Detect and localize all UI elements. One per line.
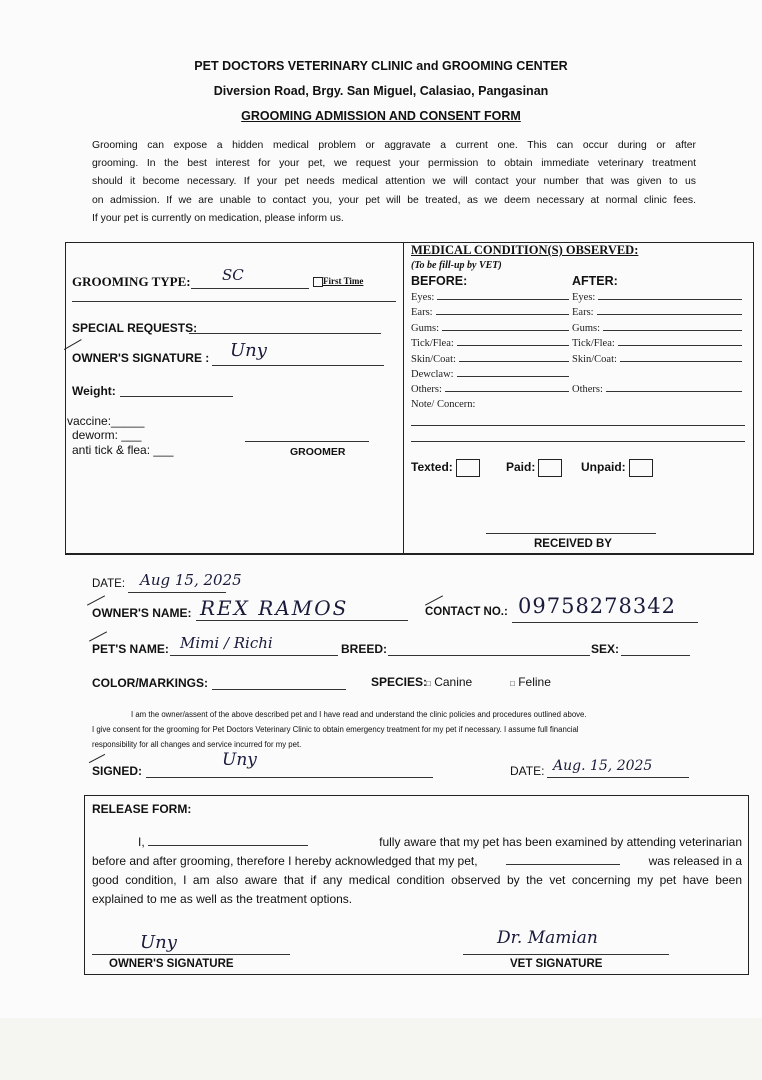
consent-date-line bbox=[547, 777, 689, 778]
contact-input[interactable]: 09758278342 bbox=[518, 594, 676, 618]
checkmark-icon bbox=[425, 595, 443, 605]
before-field-label: Tick/Flea: bbox=[411, 338, 454, 349]
before-field-label: Gums: bbox=[411, 323, 439, 334]
after-field-label: Others: bbox=[572, 384, 603, 395]
texted-checkbox[interactable] bbox=[456, 459, 480, 477]
after-field-label: Ears: bbox=[572, 307, 594, 318]
before-field-input[interactable] bbox=[457, 338, 569, 346]
consent-line: I give consent for the grooming for Pet … bbox=[92, 722, 702, 737]
release-owner-signature-label: OWNER'S SIGNATURE bbox=[109, 958, 234, 970]
before-field-input[interactable] bbox=[457, 369, 569, 377]
deworm-label: deworm: bbox=[72, 428, 118, 442]
unpaid-label: Unpaid: bbox=[581, 460, 626, 474]
anti-tick-label: anti tick & flea: bbox=[72, 443, 150, 457]
species-canine-option[interactable]: □ Canine bbox=[426, 675, 472, 689]
release-line-2-post: was released in a bbox=[649, 852, 742, 871]
canine-label: Canine bbox=[434, 675, 472, 689]
date-line bbox=[128, 592, 226, 593]
received-by-line[interactable] bbox=[486, 533, 656, 534]
after-field-row[interactable]: Gums: bbox=[572, 323, 742, 334]
after-field-label: Skin/Coat: bbox=[572, 354, 617, 365]
before-field-input[interactable] bbox=[459, 354, 569, 362]
after-field-input[interactable] bbox=[598, 292, 742, 300]
breed-input[interactable] bbox=[388, 655, 590, 656]
intro-line: If your pet is currently on medication, … bbox=[92, 210, 696, 228]
medical-subtitle: (To be fill-up by VET) bbox=[411, 260, 502, 271]
after-field-row[interactable]: Skin/Coat: bbox=[572, 354, 742, 365]
intro-line: Grooming can expose a hidden medical pro… bbox=[92, 137, 696, 155]
release-owner-signature-value[interactable]: Uny bbox=[140, 932, 177, 953]
clinic-address: Diversion Road, Brgy. San Miguel, Calasi… bbox=[0, 84, 762, 98]
vaccine-field[interactable]: vaccine:_____ bbox=[67, 414, 144, 428]
owner-signature-input[interactable]: Uny bbox=[230, 340, 267, 361]
first-time-label: First Time bbox=[323, 276, 363, 286]
contact-label: CONTACT NO.: bbox=[425, 606, 508, 618]
owner-name-input[interactable]: REX RAMOS bbox=[200, 596, 348, 620]
consent-paragraph: I am the owner/assent of the above descr… bbox=[92, 707, 702, 752]
paid-checkbox[interactable] bbox=[538, 459, 562, 477]
feline-checkbox-icon[interactable]: □ bbox=[510, 679, 515, 688]
before-field-input[interactable] bbox=[442, 323, 569, 331]
panel-divider bbox=[403, 242, 404, 554]
before-field-input[interactable] bbox=[437, 292, 569, 300]
after-field-row[interactable]: Tick/Flea: bbox=[572, 338, 742, 349]
species-label: SPECIES: bbox=[371, 675, 427, 689]
sex-label: SEX: bbox=[591, 642, 619, 656]
color-markings-label: COLOR/MARKINGS: bbox=[92, 676, 208, 690]
vet-signature-value[interactable]: Dr. Mamian bbox=[497, 928, 598, 948]
feline-label: Feline bbox=[518, 675, 551, 689]
color-markings-input[interactable] bbox=[212, 689, 346, 690]
received-by-label: RECEIVED BY bbox=[534, 538, 612, 550]
before-field-input[interactable] bbox=[445, 384, 569, 392]
consent-date-label: DATE: bbox=[510, 764, 544, 778]
first-time-option[interactable]: First Time bbox=[313, 276, 363, 287]
release-owner-signature-line[interactable] bbox=[92, 954, 290, 955]
after-field-row[interactable]: Others: bbox=[572, 384, 742, 395]
after-field-label: Gums: bbox=[572, 323, 600, 334]
checkmark-icon bbox=[89, 631, 107, 641]
unpaid-field[interactable]: Unpaid: bbox=[581, 459, 653, 477]
vaccine-label: vaccine: bbox=[67, 414, 111, 428]
owner-signature-line bbox=[212, 365, 384, 366]
form-title: GROOMING ADMISSION AND CONSENT FORM bbox=[0, 109, 762, 123]
vet-signature-line[interactable] bbox=[463, 954, 669, 955]
grooming-type-label: GROOMING TYPE: bbox=[72, 274, 191, 290]
before-field-row[interactable]: Gums: bbox=[411, 323, 569, 334]
release-line-1-pre: I, bbox=[92, 833, 308, 852]
after-field-label: Tick/Flea: bbox=[572, 338, 615, 349]
release-line-2-pre: before and after grooming, therefore I h… bbox=[92, 852, 478, 871]
before-field-label: Ears: bbox=[411, 307, 433, 318]
weight-label: Weight: bbox=[72, 384, 116, 398]
before-field-row[interactable]: Eyes: bbox=[411, 292, 569, 303]
release-pet-name-input[interactable] bbox=[506, 852, 620, 865]
after-field-label: Eyes: bbox=[572, 292, 595, 303]
signed-label: SIGNED: bbox=[92, 764, 142, 778]
after-field-input[interactable] bbox=[620, 354, 742, 362]
release-line-1-post: fully aware that my pet has been examine… bbox=[379, 833, 742, 852]
vet-signature-label: VET SIGNATURE bbox=[510, 958, 602, 970]
before-field-input[interactable] bbox=[436, 307, 569, 315]
after-field-input[interactable] bbox=[606, 384, 742, 392]
special-requests-input[interactable] bbox=[189, 333, 381, 334]
consent-line: I am the owner/assent of the above descr… bbox=[92, 707, 702, 722]
grooming-type-line bbox=[191, 288, 309, 289]
owner-name-line bbox=[196, 620, 408, 621]
after-field-input[interactable] bbox=[597, 307, 742, 315]
intro-paragraph: Grooming can expose a hidden medical pro… bbox=[92, 137, 696, 228]
unpaid-checkbox[interactable] bbox=[629, 459, 653, 477]
date-label: DATE: bbox=[92, 578, 125, 590]
consent-date-input[interactable]: Aug. 15, 2025 bbox=[553, 758, 652, 774]
texted-field[interactable]: Texted: bbox=[411, 459, 480, 477]
pet-name-line bbox=[170, 655, 338, 656]
checkmark-icon bbox=[87, 595, 105, 605]
first-time-checkbox[interactable] bbox=[313, 277, 323, 287]
owner-signature-label: OWNER'S SIGNATURE : bbox=[72, 351, 209, 365]
release-owner-name-input[interactable] bbox=[148, 835, 308, 846]
release-line-4: explained to me as well as the treatment… bbox=[92, 890, 742, 909]
intro-line: grooming. In the best interest for your … bbox=[92, 155, 696, 173]
before-field-label: Others: bbox=[411, 384, 442, 395]
before-field-row[interactable]: Tick/Flea: bbox=[411, 338, 569, 349]
date-input[interactable]: Aug 15, 2025 bbox=[140, 571, 242, 589]
release-line-3: good condition, I am also aware that if … bbox=[92, 871, 742, 890]
groomer-label: GROOMER bbox=[290, 446, 345, 458]
before-field-row[interactable]: Ears: bbox=[411, 307, 569, 318]
paid-label: Paid: bbox=[506, 460, 535, 474]
release-paragraph: I, fully aware that my pet has been exam… bbox=[92, 833, 742, 909]
note-line-1[interactable] bbox=[411, 425, 745, 426]
weight-input[interactable] bbox=[120, 396, 233, 397]
before-field-label: Skin/Coat: bbox=[411, 354, 456, 365]
species-feline-option[interactable]: □ Feline bbox=[510, 675, 551, 689]
before-label: BEFORE: bbox=[411, 274, 467, 288]
texted-label: Texted: bbox=[411, 460, 453, 474]
before-field-row[interactable]: Skin/Coat: bbox=[411, 354, 569, 365]
checkmark-icon bbox=[89, 754, 105, 763]
release-line-1: I, fully aware that my pet has been exam… bbox=[92, 833, 742, 852]
medical-title: MEDICAL CONDITION(S) OBSERVED: bbox=[411, 243, 638, 258]
groomer-signature-line[interactable] bbox=[245, 441, 369, 442]
after-field-input[interactable] bbox=[618, 338, 742, 346]
after-field-input[interactable] bbox=[603, 323, 742, 331]
signed-line bbox=[146, 777, 433, 778]
anti-tick-field[interactable]: anti tick & flea: ___ bbox=[72, 443, 173, 457]
signed-input[interactable]: Uny bbox=[222, 750, 257, 770]
breed-label: BREED: bbox=[341, 642, 387, 656]
deworm-field[interactable]: deworm: ___ bbox=[72, 428, 141, 442]
note-line-2[interactable] bbox=[411, 441, 745, 442]
before-field-row[interactable]: Dewclaw: bbox=[411, 369, 569, 380]
after-field-row[interactable]: Eyes: bbox=[572, 292, 742, 303]
sex-input[interactable] bbox=[621, 655, 690, 656]
intro-line: should it become necessary. If your pet … bbox=[92, 173, 696, 191]
before-field-label: Dewclaw: bbox=[411, 369, 454, 380]
grooming-type-extra-line bbox=[72, 301, 396, 302]
after-field-row[interactable]: Ears: bbox=[572, 307, 742, 318]
release-i-label: I, bbox=[138, 835, 145, 849]
intro-line: on admission. If we are unable to contac… bbox=[92, 192, 696, 210]
grooming-type-input[interactable]: SC bbox=[222, 266, 244, 284]
page-bottom-margin bbox=[0, 1018, 762, 1080]
before-field-label: Eyes: bbox=[411, 292, 434, 303]
before-field-row[interactable]: Others: bbox=[411, 384, 569, 395]
special-requests-label: SPECIAL REQUESTS: bbox=[72, 321, 197, 335]
consent-line: responsibility for all changes and servi… bbox=[92, 737, 702, 752]
paid-field[interactable]: Paid: bbox=[506, 459, 562, 477]
canine-checkbox-icon[interactable]: □ bbox=[426, 679, 431, 688]
pet-name-label: PET'S NAME: bbox=[92, 642, 169, 656]
release-title: RELEASE FORM: bbox=[92, 802, 191, 816]
contact-line bbox=[512, 622, 698, 623]
clinic-name: PET DOCTORS VETERINARY CLINIC and GROOMI… bbox=[0, 59, 762, 73]
owner-name-label: OWNER'S NAME: bbox=[92, 606, 192, 620]
note-label: Note/ Concern: bbox=[411, 399, 475, 410]
release-line-2: before and after grooming, therefore I h… bbox=[92, 852, 742, 871]
after-label: AFTER: bbox=[572, 274, 618, 288]
pet-name-input[interactable]: Mimi / Richi bbox=[180, 634, 273, 652]
